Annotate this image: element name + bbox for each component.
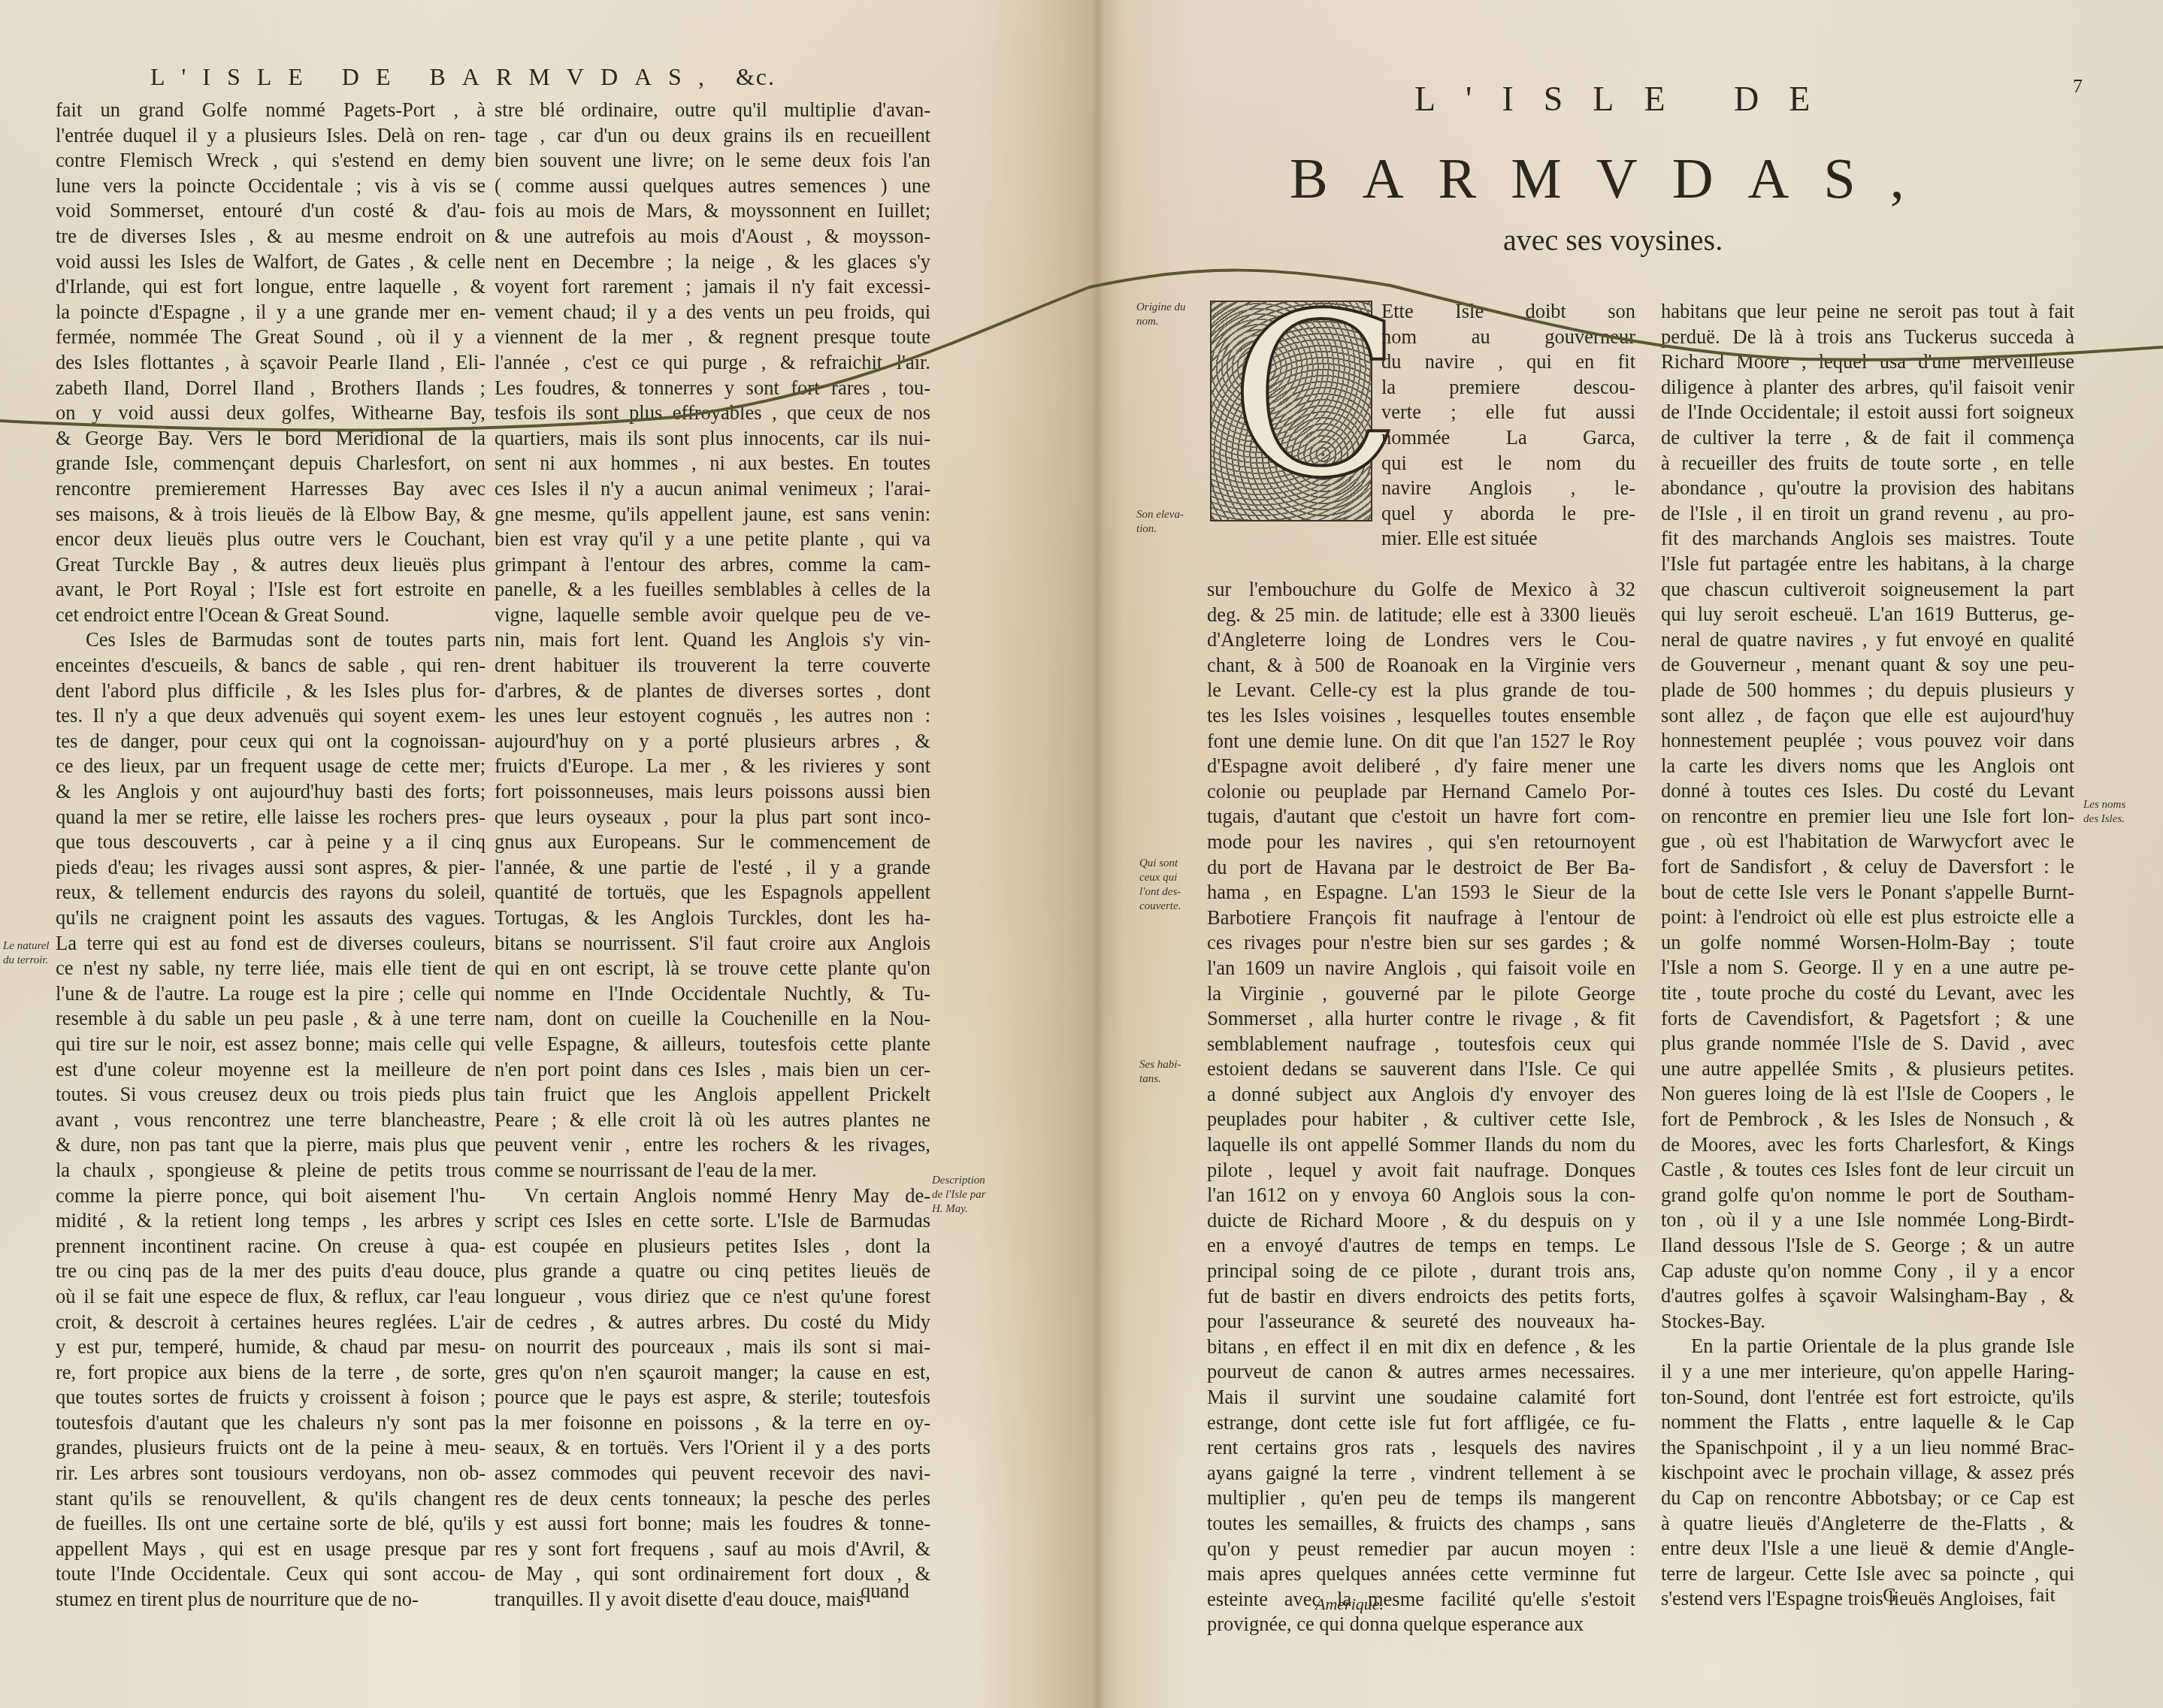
text-line: Richard Moore , lequel usa d'une merveil… [1661, 349, 2074, 375]
text-line: Non gueres loing de là est l'Isle de Coo… [1661, 1081, 2074, 1107]
text-line: honnestement peuplée ; vous pouvez voir … [1661, 728, 2074, 754]
text-line: ce des lieux, par un frequent usage de c… [56, 754, 486, 779]
text-line: peuvent venir , entre les rochers & les … [495, 1132, 930, 1158]
text-line: bitans , en effect il en mit dix en defe… [1207, 1335, 1635, 1360]
text-line: quel y aborda le pre- [1381, 501, 1635, 527]
text-line: d'Angleterre loing de Londres vers le Co… [1207, 627, 1635, 653]
text-line: sur l'embouchure du Golfe de Mexico à 32 [1207, 577, 1635, 603]
text-line: les unes leur estoyent cognuës , les aut… [495, 703, 930, 729]
text-line: principal soing de ce pilote , durant tr… [1207, 1259, 1635, 1284]
text-line: qui luy seroit escheuë. L'an 1619 Butter… [1661, 602, 2074, 627]
running-head-etc: &c. [736, 63, 776, 90]
text-line: Barbotiere François fit naufrage à l'ent… [1207, 905, 1635, 931]
text-line: d'Irlande, qui est fort longue, entre la… [56, 274, 486, 300]
text-line: ton , où il y a une Isle nommée Long-Bir… [1661, 1208, 2074, 1233]
text-line: un golfe nommé Worsen-Holm-Bay ; toute [1661, 930, 2074, 956]
text-line: panelle, & a les fueilles semblables à c… [495, 577, 930, 603]
text-line: longueur , vous diriez que ce n'est qu'u… [495, 1284, 930, 1310]
text-line: Cap aduste qu'on nomme Cony , il y a enc… [1661, 1259, 2074, 1284]
text-line: on nourrit des pourceaux , mais ils sont… [495, 1335, 930, 1360]
text-line: tre ou cinq pas de la mer des puits d'ea… [56, 1259, 486, 1284]
text-line: mais apres quelques années cette verminn… [1207, 1561, 1635, 1587]
text-line: n'en port point dans ces Isles , mais bi… [495, 1057, 930, 1083]
text-line: dent l'abord plus difficile , & les Isle… [56, 679, 486, 704]
text-line: la carte les divers noms que les Anglois… [1661, 754, 2074, 779]
text-line: voyent fort rarement ; jamais il n'y fai… [495, 274, 930, 300]
text-line: lune vers la poincte Occidentale ; vis à… [56, 174, 486, 199]
text-line: pourveut de canon & autres armes necessa… [1207, 1359, 1635, 1385]
text-line: deg. & 25 min. de latitude; elle est à 3… [1207, 603, 1635, 628]
text-line: gne mesme, qu'ils appellent jaune, est s… [495, 502, 930, 528]
text-line: ( comme aussi quelques autres semences )… [495, 174, 930, 199]
text-line: avant , vous rencontrez une terre blanch… [56, 1108, 486, 1133]
text-line: comme la pierre ponce, qui boit aisement… [56, 1184, 486, 1209]
text-line: entre deux l'Isle a une lieuë & demie d'… [1661, 1536, 2074, 1561]
text-line: des Isles flottantes , à sçavoir Pearle … [56, 350, 486, 376]
text-line: grimpant à l'entour des arbres, comme la… [495, 552, 930, 578]
text-line: midité , & la retient long temps , les a… [56, 1208, 486, 1234]
text-line: vement chaud; il y a des vents un peu fr… [495, 300, 930, 325]
text-line: tes. Il n'y a que deux advenuës qui soye… [56, 703, 486, 729]
text-line: appellent Mays , qui est en usage presqu… [56, 1537, 486, 1562]
text-line: fut de bastir en divers endroicts des pe… [1207, 1284, 1635, 1310]
text-line: aujourd'huy on y a porté plusieurs arbre… [495, 729, 930, 754]
text-line: la premiere descou- [1381, 375, 1635, 401]
text-line: perduë. De là à trois ans Tuckerus succe… [1661, 325, 2074, 350]
text-line: diligence à planter des arbres, qu'il fa… [1661, 375, 2074, 401]
text-line: & une autrefois au mois d'Aoust , & moys… [495, 224, 930, 249]
margin-note-origine: Origine du nom. [1136, 301, 1185, 329]
text-line: tes de danger, pour ceux qui ont la cogn… [56, 729, 486, 754]
text-line: Castle , & toutes ces Isles font de leur… [1661, 1157, 2074, 1183]
text-line: l'an 1609 un navire Anglois , qui faisoi… [1207, 956, 1635, 981]
page-number: 7 [2073, 75, 2083, 98]
text-line: pilote , lequel y avoit fait naufrage. D… [1207, 1158, 1635, 1184]
text-line: pource que le pays est aspre, & sterile;… [495, 1385, 930, 1410]
text-line: que chascun cultiveroit soigneusement la… [1661, 577, 2074, 603]
text-line: sent ni aux hommes , ni aux bestes. En t… [495, 451, 930, 476]
text-line: fait un grand Golfe nommé Pagets-Port , … [56, 98, 486, 123]
text-line: En la partie Orientale de la plus grande… [1661, 1334, 2074, 1359]
text-line: à quatre lieuës d'Angleterre de the-Flat… [1661, 1511, 2074, 1537]
text-line: resemble à du sable un peu pasle , & à u… [56, 1006, 486, 1032]
signature-amerique: Amerique. [1315, 1595, 1384, 1614]
text-line: toute l'Inde Occidentale. Ceux qui sont … [56, 1561, 486, 1587]
text-line: peuplades pour habiter , & cultiver cett… [1207, 1107, 1635, 1132]
text-line: donné à toutes ces Isles. Du costé du Le… [1661, 778, 2074, 804]
text-line: duicte de Richard Moore , & du despuis o… [1207, 1208, 1635, 1234]
text-line: le Levant. Celle-cy est la plus grande d… [1207, 678, 1635, 703]
text-line: pieds d'eau; les rivages aussi sont aspr… [56, 855, 486, 881]
text-line: l'année , c'est ce qui purge , & refraic… [495, 350, 930, 376]
text-line: la poincte d'Espagne , il y a une grande… [56, 300, 486, 325]
text-line: ces rivages pour n'estre bien sur ses ga… [1207, 930, 1635, 956]
text-line: plus grande a quatre ou cinq petites lie… [495, 1259, 930, 1284]
text-line: d'autres golfes à sçavoir Walsingham-Bay… [1661, 1283, 2074, 1309]
decorated-initial: C [1210, 301, 1372, 521]
right-column-2: habitans que leur peine ne seroit pas to… [1661, 299, 2074, 1612]
text-line: script ces Isles en cette sorte. L'Isle … [495, 1208, 930, 1234]
drop-cap-letter: C [1230, 284, 1402, 509]
text-line: laquelle ils ont appellé Sommer Ilands d… [1207, 1132, 1635, 1158]
text-line: comme se nourrissant de l'eau de la mer. [495, 1158, 930, 1184]
running-head: L'ISLE DE BARMVDAS,&c. [150, 63, 776, 91]
text-line: de cedres , & autres arbres. Du costé du… [495, 1310, 930, 1335]
text-line: quand la mer se retire, elle laisse les … [56, 805, 486, 830]
text-line: fermée, nommée The Great Sound , où il y… [56, 325, 486, 350]
text-line: tes les Isles voisines , lesquelles tout… [1207, 703, 1635, 729]
text-line: bout de cette Isle vers le Ponant s'appe… [1661, 880, 2074, 905]
text-line: grand golfe qu'on nomme le port de South… [1661, 1183, 2074, 1208]
text-line: sont allez , de façon que elle est aujou… [1661, 703, 2074, 729]
text-line: encor deux lieuës plus outre vers le Cou… [56, 527, 486, 552]
text-line: navire Anglois , le- [1381, 476, 1635, 501]
text-line: mode pour les navires , qui s'en retourn… [1207, 830, 1635, 855]
text-line: stumez en tirent plus de nourriture que … [56, 1587, 486, 1613]
text-line: ton-Sound, dont l'entrée est fort estroi… [1661, 1385, 2074, 1410]
signature-mark: G [1883, 1584, 1897, 1607]
text-line: nin, mais fort lent. Quand les Anglois s… [495, 627, 930, 653]
text-line: nommée La Garca, [1381, 425, 1635, 451]
text-line: rencontre premierement Harresses Bay ave… [56, 476, 486, 502]
text-line: estrange, dont cette isle fut fort affli… [1207, 1410, 1635, 1436]
text-line: zabeth Iland, Dorrel Iland , Brothers Il… [56, 376, 486, 401]
margin-note-decouverte: Qui sont ceux qui l'ont des- couverte. [1139, 857, 1181, 914]
text-line: qu'ils ne craignent point les assauts de… [56, 905, 486, 931]
left-page: L'ISLE DE BARMVDAS,&c. fait un grand Gol… [0, 0, 1082, 1708]
text-line: Stockes-Bay. [1661, 1309, 2074, 1335]
text-line: neral de quatre navires , y fut envoyé e… [1661, 627, 2074, 653]
text-line: on rencontre en premier lieu une Isle fo… [1661, 804, 2074, 830]
text-line: the Spanischpoint , il y a un lieu nommé… [1661, 1435, 2074, 1461]
text-line: Sommerset , alla hurter contre le rivage… [1207, 1006, 1635, 1032]
text-line: tugais, d'autant que c'estoit un havre f… [1207, 804, 1635, 830]
text-line: du Cap on rencontre Abbotsbay; or ce Cap… [1661, 1486, 2074, 1511]
text-line: Ces Isles de Barmudas sont de toutes par… [56, 627, 486, 653]
text-line: stre blé ordinaire, outre qu'il multipli… [495, 98, 930, 123]
text-line: l'année, & une partie de l'esté , il y a… [495, 855, 930, 881]
text-line: gnus aux Europeans. Sur le commencement … [495, 830, 930, 855]
text-line: y est pur, temperé, humide, & chaud par … [56, 1335, 486, 1360]
text-line: s'estend vers l'Espagne trois lieuës Ang… [1661, 1586, 2074, 1612]
text-line: fit des marchands Anglois ses maistres. … [1661, 526, 2074, 552]
text-line: drent habituer ils trouverent la terre c… [495, 653, 930, 679]
text-line: void Sommerset, entouré d'un costé & d'a… [56, 198, 486, 224]
text-line: de Gouverneur , menant quant & soy une p… [1661, 652, 2074, 678]
text-line: ayans gaigné la terre , vindrent telleme… [1207, 1461, 1635, 1486]
margin-note-description: Description de l'Isle par H. May. [932, 1174, 986, 1217]
text-line: tesfois ils sont plus effroyables , que … [495, 401, 930, 426]
catchword-left: quand [861, 1580, 909, 1603]
text-line: Les foudres, & tonnerres y sont fort rar… [495, 376, 930, 401]
text-line: est d'une coleur moyenne est la meilleur… [56, 1057, 486, 1083]
text-line: chant, & à 500 de Roanoak en la Virginie… [1207, 653, 1635, 679]
text-line: contre Flemisch Wreck , qui s'estend en … [56, 148, 486, 174]
margin-note-elevation: Son eleva- tion. [1136, 508, 1184, 537]
text-line: nent en Decembre ; la neige , & les glac… [495, 249, 930, 275]
text-line: a donné subject aux Anglois d'y envoyer … [1207, 1082, 1635, 1108]
text-line: il y a une mer interieure, qu'on appelle… [1661, 1359, 2074, 1385]
text-line: void aussi les Isles de Walfort, de Gate… [56, 249, 486, 275]
text-line: nomment the Flatts , entre laquelle & le… [1661, 1410, 2074, 1435]
text-line: & George Bay. Vers le bord Meridional de… [56, 426, 486, 452]
text-line: re, fort propice aux biens de la terre ,… [56, 1360, 486, 1386]
text-line: toutes les semailles, & fruicts des cham… [1207, 1511, 1635, 1537]
text-line: pour l'asseurance & seureté des nouveaux… [1207, 1309, 1635, 1335]
text-line: rent certains gros rats , lesquels des n… [1207, 1435, 1635, 1461]
text-line: grande Isle, commençant depuis Charlesfo… [56, 451, 486, 476]
running-head-title: L'ISLE DE BARMVDAS, [150, 63, 721, 90]
text-line: une autre appellée Smits , & plusieurs p… [1661, 1057, 2074, 1082]
text-line: toutes. Si vous creusez deux ou trois pi… [56, 1082, 486, 1108]
text-line: Mais il survint une soudaine calamité fo… [1207, 1385, 1635, 1410]
text-line: kischpoint avec le prochain village, & a… [1661, 1460, 2074, 1486]
text-line: gue , où est l'habitation de Warwycfort … [1661, 829, 2074, 854]
title-line-2: BARMVDAS, [1290, 147, 1939, 212]
text-line: tre de diverses Isles , & au mesme endro… [56, 224, 486, 249]
text-line: l'Isle a nom S. George. Il y en a une au… [1661, 955, 2074, 981]
text-line: la Virginie , gouverné par le pilote Geo… [1207, 981, 1635, 1007]
text-line: l'entrée duquel il y a plusieurs Isles. … [56, 123, 486, 149]
text-line: tain fruict que les Anglois appellent Pr… [495, 1082, 930, 1108]
text-line: que toutes sortes de fruicts y croissent… [56, 1385, 486, 1410]
text-line: Vn certain Anglois nommé Henry May de- [495, 1184, 930, 1209]
text-line: qui en ont escript, là se trouve cette p… [495, 956, 930, 981]
text-line: vigne, laquelle semble avoir quelque peu… [495, 603, 930, 628]
text-line: à recueiller des fruits de toute sorte ,… [1661, 451, 2074, 476]
text-line: d'Espagne avoit deliberé , d'y faire men… [1207, 754, 1635, 779]
right-column-1: sur l'embouchure du Golfe de Mexico à 32… [1207, 577, 1635, 1637]
text-line: cet endroict entre l'Ocean & Great Sound… [56, 603, 486, 628]
text-line: la chaulx , spongieuse & pleine de petit… [56, 1158, 486, 1184]
text-line: fort de Pembrock , & les Isles de Nonsuc… [1661, 1107, 2074, 1132]
catchword-right: fait [2029, 1584, 2056, 1607]
text-line: Iland dessous l'Isle de S. George ; & un… [1661, 1233, 2074, 1259]
text-line: toutesfois d'autant que les chaleurs n'y… [56, 1410, 486, 1436]
text-line: Great Turckle Bay , & autres deux lieuës… [56, 552, 486, 578]
text-line: tite , toute proche du costé du Levant, … [1661, 981, 2074, 1006]
text-line: abondance , qu'outre la provision des ha… [1661, 476, 2074, 501]
text-line: nam, dont on cueille la Couchenille en l… [495, 1006, 930, 1032]
text-line: stant qu'ils se renouvellent, & qu'ils c… [56, 1486, 486, 1512]
text-line: multiplier , qu'en peu de temps ils mang… [1207, 1486, 1635, 1511]
text-line: fruicts d'Europe. La mer , & les riviere… [495, 754, 930, 779]
text-line: res y sont fort frequens , sauf au mois … [495, 1537, 930, 1562]
text-line: que tous descouverts , car à peine y a i… [56, 830, 486, 855]
text-line: de Moores, avec les forts Charlesfort, &… [1661, 1132, 2074, 1158]
text-line: ces Isles il n'y a aucun animal venimeux… [495, 476, 930, 502]
margin-note-habitans: Ses habi- tans. [1139, 1058, 1181, 1087]
text-line: l'une & de l'autre. La rouge est la pire… [56, 981, 486, 1007]
text-line: tage , car d'un ou deux grains ils en re… [495, 123, 930, 149]
text-line: l'Isle fut partagée entre les habitans, … [1661, 552, 2074, 577]
text-line: où il se fait une espece de flux, & refl… [56, 1284, 486, 1310]
text-line: qui est le nom du [1381, 451, 1635, 476]
text-line: du port de Havana par le destroict de Be… [1207, 855, 1635, 881]
left-column-2: stre blé ordinaire, outre qu'il multipli… [495, 98, 930, 1613]
text-line: croit, & descroit à certaines heures reg… [56, 1310, 486, 1335]
text-line: qu'on y peust remedier par aucun moyen : [1207, 1537, 1635, 1562]
text-line: esteinte avec la mesme facilité qu'elle … [1207, 1587, 1635, 1613]
text-line: font une demie lune. On dit que l'an 152… [1207, 729, 1635, 754]
text-line: provignée, ce qui donna quelque esperanc… [1207, 1612, 1635, 1637]
text-line: Ette Isle doibt son [1381, 299, 1635, 325]
text-line: que leurs oyseaux , pour la plus part so… [495, 805, 930, 830]
text-line: grandes, plusieurs fruicts ont de la pei… [56, 1435, 486, 1461]
text-line: Tortugas, & les Anglois Turckles, dont l… [495, 905, 930, 931]
text-line: enceintes d'escueils, & bancs de sable ,… [56, 653, 486, 679]
text-line: ce n'est ny sable, ny terre liée, mais e… [56, 956, 486, 981]
title-line-1: L'ISLE DE [1414, 79, 1840, 119]
text-line: fort poissonneuses, mais leurs poissons … [495, 779, 930, 805]
text-line: de l'Isle , il en tiroit un grand revenu… [1661, 501, 2074, 527]
text-line: semblablement naufrage , toutesfois ceux… [1207, 1032, 1635, 1057]
title-line-3: avec ses voysines. [1503, 222, 1723, 258]
text-line: verte ; elle fut aussi [1381, 400, 1635, 425]
text-line: de l'Inde Occidentale; il estoit aussi f… [1661, 400, 2074, 425]
text-line: bitans se nourrissent. S'il faut croire … [495, 931, 930, 957]
margin-note-terroir: Le naturel du terroir. [3, 939, 50, 968]
text-line: est coupée en plusieurs petites Isles , … [495, 1234, 930, 1259]
text-line: en a envoyé d'autres de temps en temps. … [1207, 1233, 1635, 1259]
text-line: plade de 500 hommes ; du depuis plusieur… [1661, 678, 2074, 703]
text-line: nomme en l'Inde Occidentale Nuchtly, & T… [495, 981, 930, 1007]
text-line: res de deux cents tonneaux; la pesche de… [495, 1486, 930, 1512]
text-line: terre de largeur. Cette Isle avec sa poi… [1661, 1561, 2074, 1587]
text-line: quantité de tortuës, que les Espagnols a… [495, 880, 930, 905]
text-line: de fueilles. Ils ont une certaine sorte … [56, 1511, 486, 1537]
text-line: gres qu'on n'en sçauroit manger; la caus… [495, 1360, 930, 1386]
text-line: rir. Les arbres sont tousiours verdoyans… [56, 1461, 486, 1486]
text-line: quartiers, mais ils sont plus innocents,… [495, 426, 930, 452]
text-line: viennent de la mer , & regnent presque t… [495, 325, 930, 350]
text-line: avant, le Port Royal ; l'Isle est fort e… [56, 577, 486, 603]
right-intro-column: Ette Isle doibt sonnom au gouverneurdu n… [1381, 299, 1635, 552]
text-line: y est aussi fort bonne; mais les foudres… [495, 1511, 930, 1537]
text-line: de cultiver la terre , & de fait il comm… [1661, 425, 2074, 451]
text-line: on y void aussi deux golfes, Withearne B… [56, 401, 486, 426]
text-line: habitans que leur peine ne seroit pas to… [1661, 299, 2074, 325]
text-line: estoient dedans se sauverent dans l'Isle… [1207, 1057, 1635, 1082]
text-line: forts de Cavendisfort, & Pagetsfort ; & … [1661, 1006, 2074, 1032]
text-line: nom au gouverneur [1381, 325, 1635, 350]
text-line: qui tire sur le noir, est assez bonne; m… [56, 1032, 486, 1057]
text-line: reux, & tellement endurcis des rayons du… [56, 880, 486, 905]
text-line: du navire , qui en fit [1381, 349, 1635, 375]
text-line: & les Anglois y ont aujourd'huy basti de… [56, 779, 486, 805]
text-line: Peare ; & elle croit là où les autres pl… [495, 1108, 930, 1133]
text-line: & dure, non pas tant que la pierre, mais… [56, 1132, 486, 1158]
text-line: bien est vray qu'il y a une petite plant… [495, 527, 930, 552]
text-line: assez commodes qui peuvent recevoir des … [495, 1461, 930, 1486]
left-column-1: fait un grand Golfe nommé Pagets-Port , … [56, 98, 486, 1613]
text-line: d'arbres, & de plantes de diverses sorte… [495, 679, 930, 704]
text-line: ses maisons, & à trois lieuës de là Elbo… [56, 502, 486, 528]
text-line: bien souvent une livre; on le seme deux … [495, 148, 930, 174]
text-line: fort de Sandisfort , & celuy de Daversfo… [1661, 854, 2074, 880]
text-line: fois au mois de Mars, & moyssonnent en I… [495, 198, 930, 224]
text-line: mier. Elle est située [1381, 526, 1635, 552]
text-line: la mer foisonne en poissons , & la terre… [495, 1410, 930, 1436]
text-line: colonie ou peuplade par Hernand Camelo P… [1207, 779, 1635, 805]
text-line: l'an 1612 on y envoya 60 Anglois sous la… [1207, 1183, 1635, 1208]
text-line: velle Espagne, & ailleurs, toutesfois ce… [495, 1032, 930, 1057]
text-line: plus grande nommée l'Isle de S. David , … [1661, 1031, 2074, 1057]
text-line: point: à l'endroict où elle est plus est… [1661, 905, 2074, 930]
text-line: seaux, & en tortuës. Vers l'Orient il y … [495, 1435, 930, 1461]
text-line: La terre qui est au fond est de diverses… [56, 931, 486, 957]
margin-note-noms: Les noms des Isles. [2083, 798, 2125, 827]
text-line: hama , en Espagne. L'an 1593 le Sieur de… [1207, 880, 1635, 905]
text-line: prennent incontinent racine. On creuse à… [56, 1234, 486, 1259]
